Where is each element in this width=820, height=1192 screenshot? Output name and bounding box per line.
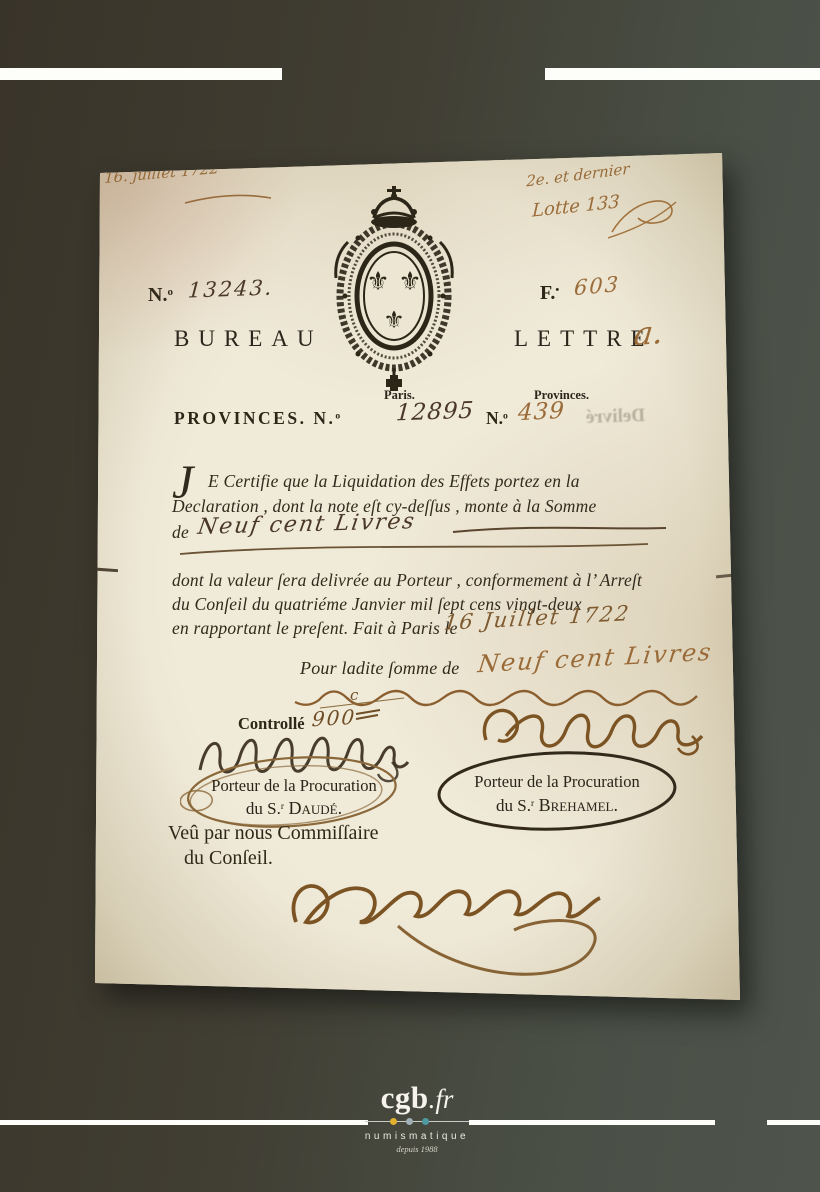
cgb-logo-tagline: depuis 1988 [337,1144,497,1154]
cgb-logo-divider [337,1117,497,1127]
handwritten-note-line1: 2e. et dernier [526,160,629,191]
no-label: N.o [148,284,173,307]
paraph-flourish [608,188,680,244]
product-photo-page: { "colors": { "background_left": "#39342… [0,0,820,1192]
cgb-logo-main: cgb [381,1080,429,1115]
royal-coat-of-arms: ⚜ ⚜ ⚜ [328,186,462,394]
body-line6: en rapportant le preſent. Fait à Paris l… [172,618,458,639]
cgb-logo-wordmark: cgb.fr [337,1080,497,1116]
handwritten-note-line2: Lotte 133 [532,191,620,221]
body-line4: dont la valeur ſera delivrée au Porteur … [172,570,642,591]
flourish-after-somme [178,522,678,566]
provinces-no-value-handwritten: 12895 [395,398,475,427]
cgb-logo-subtitle: numismatique [337,1131,497,1142]
procuration-right-line1: Porteur de la Procuration [455,772,659,792]
f-label: F.• [540,282,559,305]
veu-line2: du Conſeil. [184,847,273,870]
bottom-rule-right [767,1120,820,1125]
paper-edge-notch [339,150,350,160]
ghost-stamp-showthrough: Delivré [586,405,646,429]
top-rule-right [545,68,820,80]
divider-dot-teal [422,1118,429,1125]
paper-edge-mark-left [84,567,118,572]
bureau-label: BUREAU [174,326,323,352]
procuration-oval-right [433,746,681,840]
document-photo: 16. juillet 1722 2e. et dernier Lotte 13… [88,150,748,1012]
right-no-label: N.o [486,408,508,429]
flourish-under-date [183,190,275,208]
procuration-left-line2: du S.r Daudé. [192,798,396,819]
fleur-de-lis-icon: ⚜ [383,306,405,334]
handwritten-date-top-left: 16. juillet 1722 [104,159,220,187]
somme-handwritten-2: Neuf cent Livres [476,638,714,679]
fleur-de-lis-icon: ⚜ [398,267,421,297]
signature-bottom [278,838,658,998]
bottom-rule-left [0,1120,368,1125]
body-line1: E Certifie que la Liquidation des Effets… [208,471,580,492]
top-rule-left [0,68,282,80]
bottom-rule-middle [469,1120,715,1125]
f-value-handwritten: 603 [573,272,620,300]
divider-dot-yellow [390,1118,397,1125]
divider-rule [365,1121,469,1122]
procuration-left-line1: Porteur de la Procuration [192,776,396,796]
document-content: 16. juillet 1722 2e. et dernier Lotte 13… [88,150,748,1012]
procuration-right-line2: du S.r Brehamel. [455,795,659,816]
provinces-no-label: PROVINCES. N.o [174,408,340,429]
cgb-logo: cgb.fr numismatique depuis 1988 [337,1080,497,1154]
cgb-logo-suffix: .fr [429,1084,454,1114]
divider-dot-gray [406,1118,413,1125]
pour-ladite-label: Pour ladite ſomme de [300,658,459,679]
paper-edge-mark-right [716,573,742,579]
no-value-handwritten: 13243. [187,275,274,302]
right-no-value-handwritten: 439 [517,398,565,427]
fleur-de-lis-icon: ⚜ [366,267,389,297]
lettre-value-handwritten: a. [632,313,665,353]
